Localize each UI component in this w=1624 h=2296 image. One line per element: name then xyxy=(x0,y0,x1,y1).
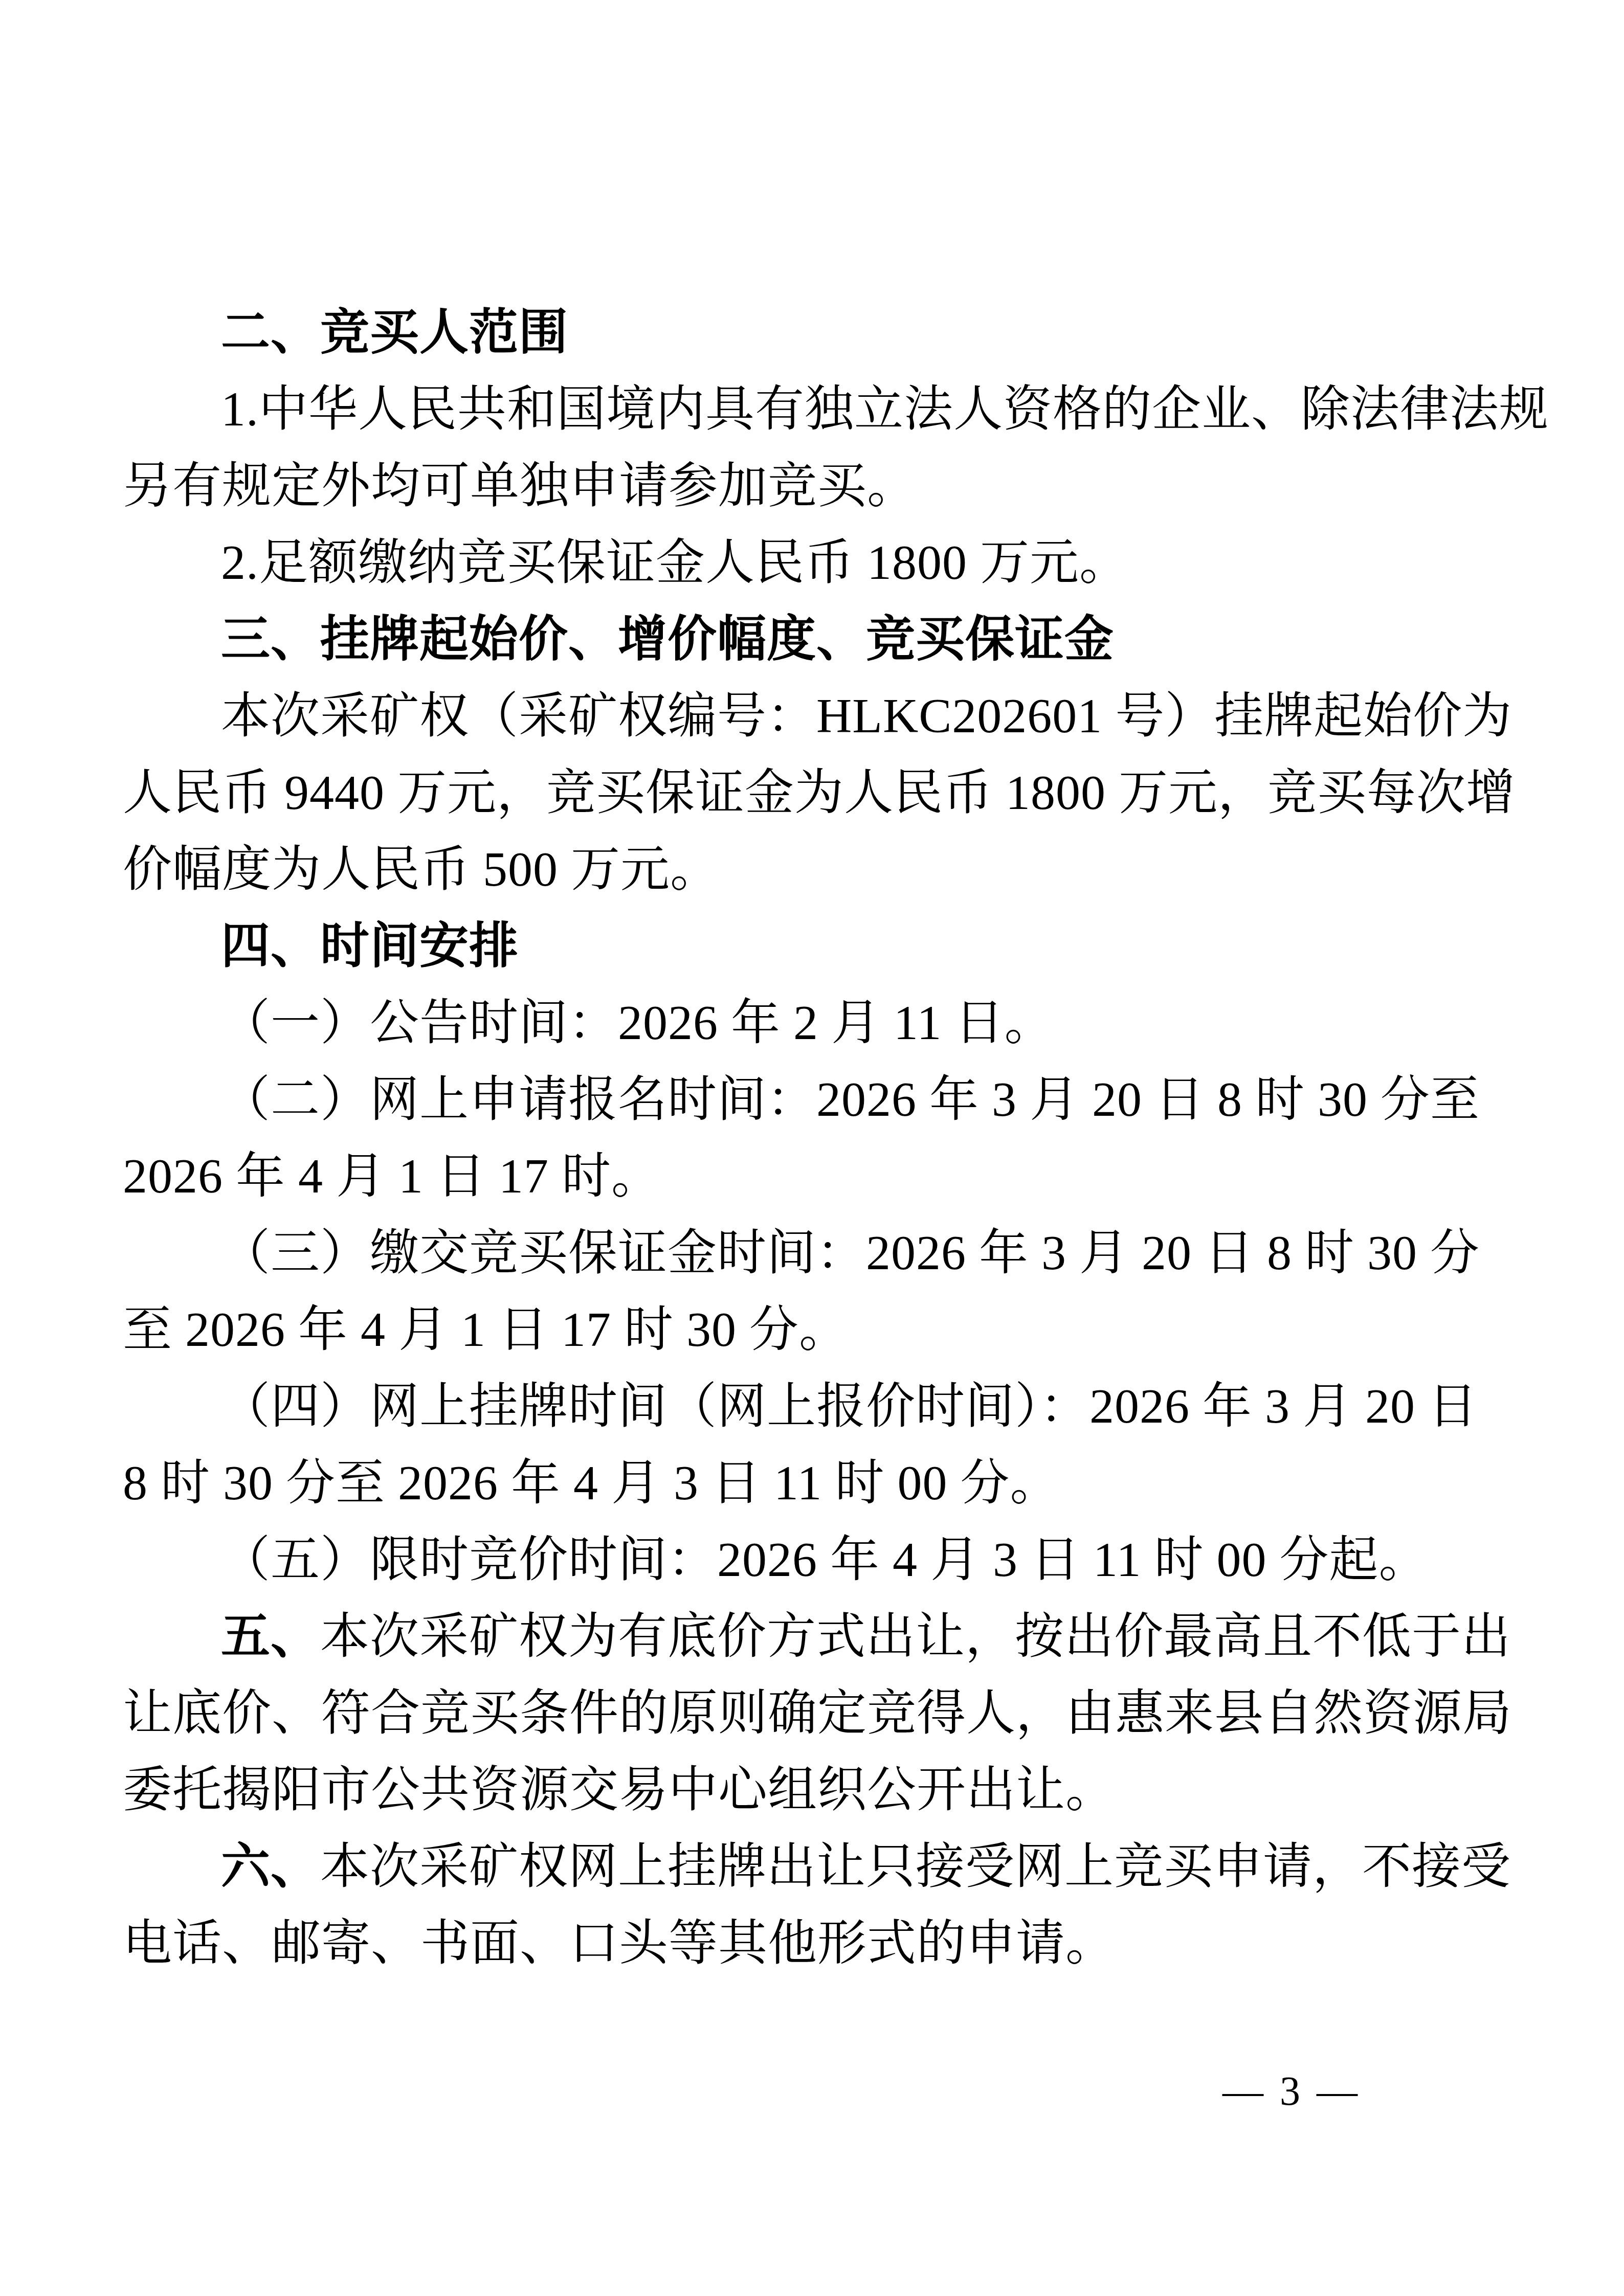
page-number: — 3 — xyxy=(1222,2063,1361,2120)
body-text: 本次采矿权网上挂牌出让只接受网上竞买申请，不接受 xyxy=(320,1839,1511,1894)
text-line: 价幅度为人民币 500 万元。 xyxy=(123,831,1504,908)
text-line: 2.足额缴纳竞买保证金人民币 1800 万元。 xyxy=(123,524,1504,601)
text-line: 三、挂牌起始价、增价幅度、竞买保证金 xyxy=(123,601,1504,678)
text-line: 至 2026 年 4 月 1 日 17 时 30 分。 xyxy=(123,1291,1504,1368)
text-line: 五、本次采矿权为有底价方式出让，按出价最高且不低于出 xyxy=(123,1598,1504,1675)
text-line: 六、本次采矿权网上挂牌出让只接受网上竞买申请，不接受 xyxy=(123,1828,1504,1905)
text-line: 让底价、符合竞买条件的原则确定竞得人，由惠来县自然资源局 xyxy=(123,1675,1504,1751)
text-line: 1.中华人民共和国境内具有独立法人资格的企业、除法律法规 xyxy=(123,371,1504,447)
text-line: 四、时间安排 xyxy=(123,908,1504,984)
body-text: 另有规定外均可单独申请参加竞买。 xyxy=(123,458,917,513)
heading-text: 二、竞买人范围 xyxy=(221,305,568,359)
text-line: 另有规定外均可单独申请参加竞买。 xyxy=(123,447,1504,524)
body-text: 2.足额缴纳竞买保证金人民币 1800 万元。 xyxy=(221,535,1129,590)
document-body: 二、竞买人范围1.中华人民共和国境内具有独立法人资格的企业、除法律法规另有规定外… xyxy=(123,294,1504,1982)
text-line: （二）网上申请报名时间：2026 年 3 月 20 日 8 时 30 分至 xyxy=(123,1061,1504,1138)
text-line: 委托揭阳市公共资源交易中心组织公开出让。 xyxy=(123,1751,1504,1828)
body-text: （一）公告时间：2026 年 2 月 11 日。 xyxy=(221,995,1054,1050)
body-text: 人民币 9440 万元，竞买保证金为人民币 1800 万元，竞买每次增 xyxy=(123,765,1516,820)
body-text: 让底价、符合竞买条件的原则确定竞得人，由惠来县自然资源局 xyxy=(123,1685,1512,1740)
body-text: 电话、邮寄、书面、口头等其他形式的申请。 xyxy=(123,1916,1115,1970)
text-line: 2026 年 4 月 1 日 17 时。 xyxy=(123,1138,1504,1214)
body-text: 1.中华人民共和国境内具有独立法人资格的企业、除法律法规 xyxy=(221,381,1549,436)
text-line: （三）缴交竞买保证金时间：2026 年 3 月 20 日 8 时 30 分 xyxy=(123,1214,1504,1291)
body-text: （三）缴交竞买保证金时间：2026 年 3 月 20 日 8 时 30 分 xyxy=(221,1225,1480,1280)
text-line: （五）限时竞价时间：2026 年 4 月 3 日 11 时 00 分起。 xyxy=(123,1521,1504,1598)
body-text: 本次采矿权为有底价方式出让，按出价最高且不低于出 xyxy=(320,1609,1511,1663)
text-line: （四）网上挂牌时间（网上报价时间）：2026 年 3 月 20 日 xyxy=(123,1368,1504,1445)
text-line: 本次采矿权（采矿权编号：HLKC202601 号）挂牌起始价为 xyxy=(123,678,1504,754)
text-line: （一）公告时间：2026 年 2 月 11 日。 xyxy=(123,984,1504,1061)
text-line: 电话、邮寄、书面、口头等其他形式的申请。 xyxy=(123,1905,1504,1982)
document-page: 二、竞买人范围1.中华人民共和国境内具有独立法人资格的企业、除法律法规另有规定外… xyxy=(0,0,1624,2296)
text-line: 8 时 30 分至 2026 年 4 月 3 日 11 时 00 分。 xyxy=(123,1445,1504,1521)
body-text: （二）网上申请报名时间：2026 年 3 月 20 日 8 时 30 分至 xyxy=(221,1072,1480,1127)
body-text: 委托揭阳市公共资源交易中心组织公开出让。 xyxy=(123,1762,1115,1817)
heading-text: 四、时间安排 xyxy=(221,918,519,973)
heading-text: 三、挂牌起始价、增价幅度、竞买保证金 xyxy=(221,612,1114,666)
body-text: （四）网上挂牌时间（网上报价时间）：2026 年 3 月 20 日 xyxy=(221,1379,1478,1433)
text-line: 二、竞买人范围 xyxy=(123,294,1504,371)
body-text: 2026 年 4 月 1 日 17 时。 xyxy=(123,1149,661,1203)
body-text: 价幅度为人民币 500 万元。 xyxy=(123,842,720,896)
heading-text: 六、 xyxy=(221,1839,320,1894)
body-text: （五）限时竞价时间：2026 年 4 月 3 日 11 时 00 分起。 xyxy=(221,1532,1428,1587)
heading-text: 五、 xyxy=(221,1609,320,1663)
body-text: 至 2026 年 4 月 1 日 17 时 30 分。 xyxy=(123,1302,849,1357)
text-line: 人民币 9440 万元，竞买保证金为人民币 1800 万元，竞买每次增 xyxy=(123,754,1504,831)
body-text: 本次采矿权（采矿权编号：HLKC202601 号）挂牌起始价为 xyxy=(221,688,1512,743)
body-text: 8 时 30 分至 2026 年 4 月 3 日 11 时 00 分。 xyxy=(123,1455,1059,1510)
